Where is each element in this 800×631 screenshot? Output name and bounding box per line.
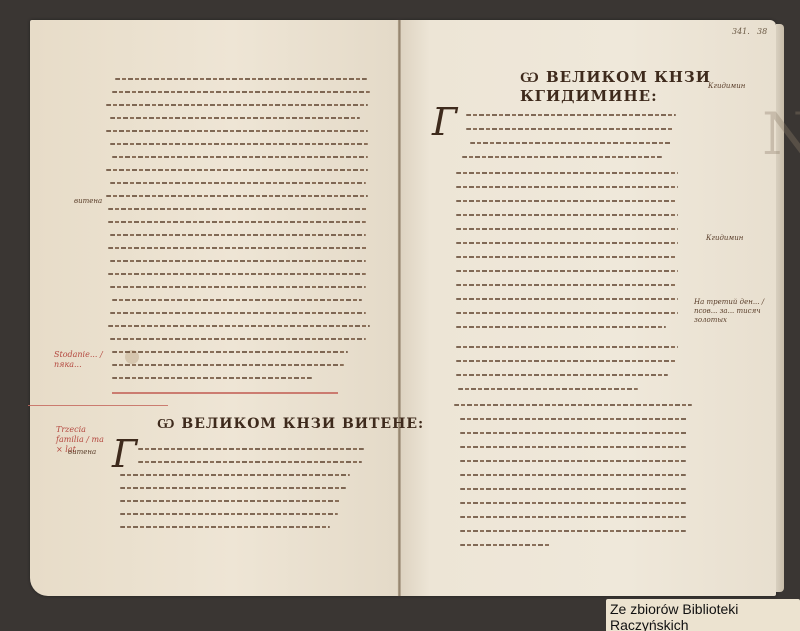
folio-number: 341. — [732, 27, 750, 36]
rubric-rule — [28, 405, 168, 406]
margin-note: Кгидимин — [706, 234, 743, 243]
left-page — [30, 20, 398, 596]
margin-note: Кгидимин — [708, 82, 745, 91]
bleed-through-letter: N — [762, 100, 800, 168]
rubric-rule — [112, 392, 338, 394]
right-page-heading: Ѡ ВЕЛИКОМ КНЗИ КГИДИМИНЕ: — [520, 68, 800, 105]
margin-note: На третий ден... / псов... за... тисяч з… — [694, 298, 770, 325]
book-gutter — [398, 20, 401, 596]
initial-letter: Г — [112, 432, 137, 476]
secondary-number: 38 — [757, 27, 767, 36]
red-margin-note: Stodanie... / пяка... — [54, 350, 110, 370]
library-watermark: Ze zbiorów Biblioteki Raczyńskich — [606, 599, 800, 631]
initial-letter: Г — [432, 100, 457, 144]
left-page-heading: Ѡ ВЕЛИКОМ КНЗИ ВИТЕНЕ: — [157, 416, 424, 433]
margin-note: витена — [74, 197, 102, 206]
manuscript-spread: 341. 38 N Stodanie... / пяка... Trzecia … — [0, 0, 800, 631]
margin-note: витена — [68, 448, 96, 457]
